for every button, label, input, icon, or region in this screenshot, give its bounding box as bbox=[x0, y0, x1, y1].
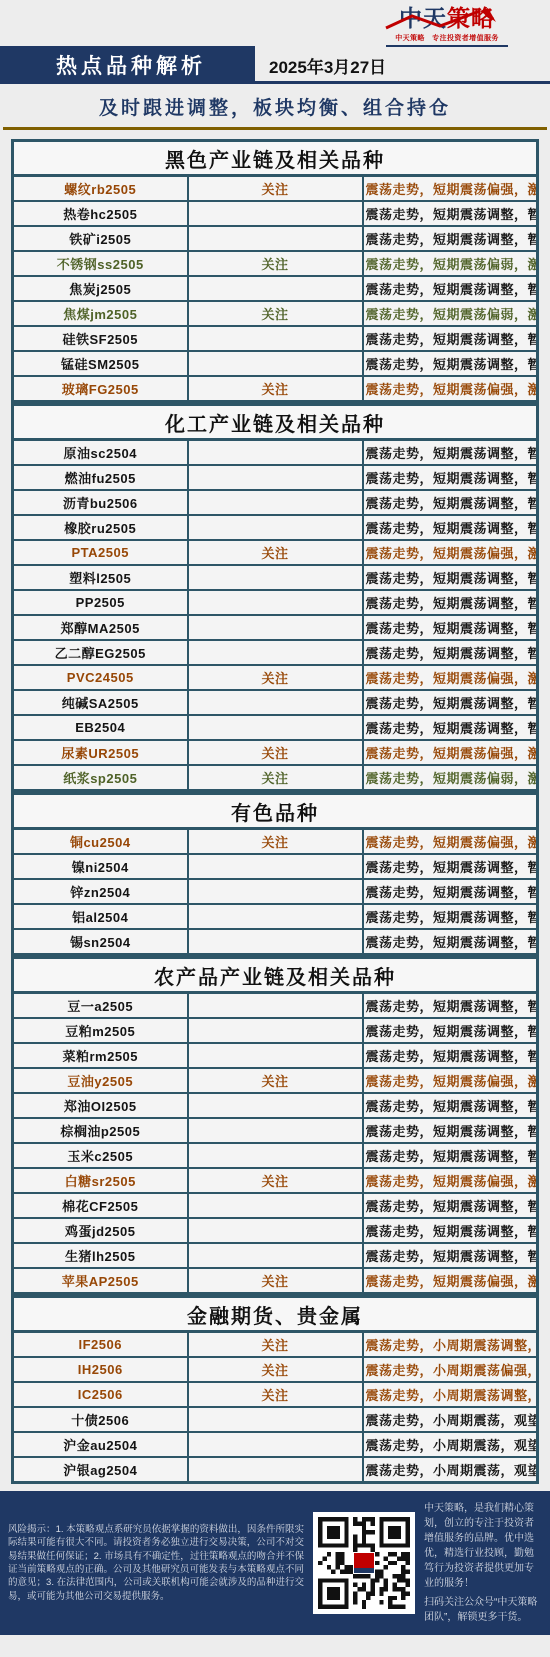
watch-cell: 关注 bbox=[188, 540, 363, 565]
variety-cell: 苹果AP2505 bbox=[13, 1268, 188, 1294]
section-table: 农产品产业链及相关品种 豆一a2505震荡走势，短期震荡调整，暂观望。豆粕m25… bbox=[11, 956, 539, 1295]
variety-cell: 铜cu2504 bbox=[13, 829, 188, 855]
watch-cell bbox=[188, 1432, 363, 1457]
variety-cell: 燃油fu2505 bbox=[13, 465, 188, 490]
page-title: 热点品种解析 bbox=[0, 46, 255, 84]
watch-cell bbox=[188, 565, 363, 590]
watch-cell bbox=[188, 465, 363, 490]
variety-cell: 十债2506 bbox=[13, 1407, 188, 1432]
watch-cell bbox=[188, 1143, 363, 1168]
comment-cell: 震荡走势，短期震荡调整，暂观望。 bbox=[363, 276, 538, 301]
watch-cell bbox=[188, 879, 363, 904]
comment-cell: 震荡走势，小周期震荡，观望为主。 bbox=[363, 1457, 538, 1483]
comment-cell: 震荡走势，短期震荡偏强，激进可关注短多机会。 bbox=[363, 665, 538, 690]
table-row: 沥青bu2506震荡走势，短期震荡调整，暂观望。 bbox=[13, 490, 538, 515]
variety-cell: 生猪lh2505 bbox=[13, 1243, 188, 1268]
section-header-row: 黑色产业链及相关品种 bbox=[13, 141, 538, 176]
variety-cell: 沪银ag2504 bbox=[13, 1457, 188, 1483]
variety-cell: 螺纹rb2505 bbox=[13, 176, 188, 202]
section-table: 化工产业链及相关品种 原油sc2504震荡走势，短期震荡调整，暂观望。燃油fu2… bbox=[11, 403, 539, 792]
watch-cell bbox=[188, 715, 363, 740]
page-top: 中天策略 中天策略 专注投资者增值服务 bbox=[0, 0, 550, 46]
watch-cell bbox=[188, 615, 363, 640]
section-title: 金融期货、贵金属 bbox=[13, 1297, 538, 1332]
watch-cell bbox=[188, 1118, 363, 1143]
section-header-row: 化工产业链及相关品种 bbox=[13, 405, 538, 440]
brand-tagline: 中天策略 专注投资者增值服务 bbox=[386, 33, 508, 47]
brand-logo: 中天策略 中天策略 专注投资者增值服务 bbox=[386, 6, 508, 47]
variety-cell: 铁矿i2505 bbox=[13, 226, 188, 251]
watch-cell: 关注 bbox=[188, 376, 363, 402]
table-row: 原油sc2504震荡走势，短期震荡调整，暂观望。 bbox=[13, 440, 538, 466]
section-header-row: 金融期货、贵金属 bbox=[13, 1297, 538, 1332]
comment-cell: 震荡走势，短期震荡调整，暂观望。 bbox=[363, 1218, 538, 1243]
variety-cell: 豆粕m2505 bbox=[13, 1018, 188, 1043]
table-row: 尿素UR2505关注震荡走势，短期震荡偏强，激进可关注短多机会。 bbox=[13, 740, 538, 765]
logo-text-blue: 中天 bbox=[399, 5, 447, 31]
table-row: 鸡蛋jd2505震荡走势，短期震荡调整，暂观望。 bbox=[13, 1218, 538, 1243]
table-row: EB2504震荡走势，短期震荡调整，暂观望。 bbox=[13, 715, 538, 740]
table-row: 铜cu2504关注震荡走势，短期震荡偏强，激进可关注短多机会。 bbox=[13, 829, 538, 855]
variety-cell: 菜粕rm2505 bbox=[13, 1043, 188, 1068]
watch-cell: 关注 bbox=[188, 1357, 363, 1382]
variety-cell: 鸡蛋jd2505 bbox=[13, 1218, 188, 1243]
sections-container: 黑色产业链及相关品种 螺纹rb2505关注震荡走势，短期震荡偏强，激进可关注短多… bbox=[11, 139, 539, 1484]
variety-cell: IF2506 bbox=[13, 1332, 188, 1358]
comment-cell: 震荡走势，小周期震荡调整，关注价差变动。 bbox=[363, 1382, 538, 1407]
comment-cell: 震荡走势，短期震荡偏弱，激进可关注短空机会。 bbox=[363, 765, 538, 791]
watch-cell: 关注 bbox=[188, 1332, 363, 1358]
report-date: 2025年3月27日 bbox=[255, 46, 550, 84]
watch-cell bbox=[188, 1093, 363, 1118]
variety-cell: 硅铁SF2505 bbox=[13, 326, 188, 351]
variety-cell: 原油sc2504 bbox=[13, 440, 188, 466]
section-title: 农产品产业链及相关品种 bbox=[13, 958, 538, 993]
watch-cell bbox=[188, 515, 363, 540]
watch-cell bbox=[188, 1407, 363, 1432]
section-header-row: 农产品产业链及相关品种 bbox=[13, 958, 538, 993]
comment-cell: 震荡走势，小周期震荡，观望为主。 bbox=[363, 1432, 538, 1457]
variety-cell: 尿素UR2505 bbox=[13, 740, 188, 765]
watch-cell bbox=[188, 1243, 363, 1268]
watch-cell bbox=[188, 201, 363, 226]
watch-cell bbox=[188, 440, 363, 466]
watch-cell: 关注 bbox=[188, 301, 363, 326]
comment-cell: 震荡走势，短期震荡调整，暂观望。 bbox=[363, 879, 538, 904]
table-row: 锌zn2504震荡走势，短期震荡调整，暂观望。 bbox=[13, 879, 538, 904]
watch-cell bbox=[188, 1218, 363, 1243]
table-row: 螺纹rb2505关注震荡走势，短期震荡偏强，激进可关注短多机会。 bbox=[13, 176, 538, 202]
comment-cell: 震荡走势，短期震荡调整，暂观望。 bbox=[363, 565, 538, 590]
table-row: 纯碱SA2505震荡走势，短期震荡调整，暂观望。 bbox=[13, 690, 538, 715]
table-row: PP2505震荡走势，短期震荡调整，暂观望。 bbox=[13, 590, 538, 615]
watch-cell bbox=[188, 590, 363, 615]
qr-code bbox=[313, 1512, 415, 1614]
comment-cell: 震荡走势，短期震荡偏弱，激进可关注短空机会。 bbox=[363, 301, 538, 326]
table-row: 铁矿i2505震荡走势，短期震荡调整，暂观望。 bbox=[13, 226, 538, 251]
variety-cell: EB2504 bbox=[13, 715, 188, 740]
section-table: 有色品种 铜cu2504关注震荡走势，短期震荡偏强，激进可关注短多机会。镍ni2… bbox=[11, 792, 539, 956]
watch-cell bbox=[188, 1018, 363, 1043]
comment-cell: 震荡走势，短期震荡调整，暂观望。 bbox=[363, 1118, 538, 1143]
table-row: 十债2506震荡走势，小周期震荡，观望为主。 bbox=[13, 1407, 538, 1432]
watch-cell bbox=[188, 1193, 363, 1218]
variety-cell: 白糖sr2505 bbox=[13, 1168, 188, 1193]
comment-cell: 震荡走势，短期震荡调整，暂观望。 bbox=[363, 993, 538, 1019]
comment-cell: 震荡走势，短期震荡偏强，激进可关注短多机会。 bbox=[363, 1168, 538, 1193]
table-row: 棕榈油p2505震荡走势，短期震荡调整，暂观望。 bbox=[13, 1118, 538, 1143]
watch-cell bbox=[188, 226, 363, 251]
comment-cell: 震荡走势，短期震荡偏强，激进可关注短多机会。 bbox=[363, 1268, 538, 1294]
table-row: 焦炭j2505震荡走势，短期震荡调整，暂观望。 bbox=[13, 276, 538, 301]
comment-cell: 震荡走势，短期震荡调整，暂观望。 bbox=[363, 440, 538, 466]
comment-cell: 震荡走势，短期震荡调整，暂观望。 bbox=[363, 226, 538, 251]
variety-cell: 沥青bu2506 bbox=[13, 490, 188, 515]
follow-cta-text: 扫码关注公众号“中天策略团队”，解锁更多干货。 bbox=[424, 1595, 542, 1625]
table-row: 锡sn2504震荡走势，短期震荡调整，暂观望。 bbox=[13, 929, 538, 955]
comment-cell: 震荡走势，短期震荡调整，暂观望。 bbox=[363, 615, 538, 640]
watch-cell bbox=[188, 351, 363, 376]
table-row: 郑油OI2505震荡走势，短期震荡调整，暂观望。 bbox=[13, 1093, 538, 1118]
comment-cell: 震荡走势，短期震荡调整，暂观望。 bbox=[363, 1193, 538, 1218]
watch-cell: 关注 bbox=[188, 765, 363, 791]
table-row: 燃油fu2505震荡走势，短期震荡调整，暂观望。 bbox=[13, 465, 538, 490]
variety-cell: PP2505 bbox=[13, 590, 188, 615]
table-row: 郑醇MA2505震荡走势，短期震荡调整，暂观望。 bbox=[13, 615, 538, 640]
table-row: 铝al2504震荡走势，短期震荡调整，暂观望。 bbox=[13, 904, 538, 929]
watch-cell bbox=[188, 690, 363, 715]
variety-cell: 铝al2504 bbox=[13, 904, 188, 929]
watch-cell bbox=[188, 854, 363, 879]
variety-cell: 锌zn2504 bbox=[13, 879, 188, 904]
table-row: 玉米c2505震荡走势，短期震荡调整，暂观望。 bbox=[13, 1143, 538, 1168]
comment-cell: 震荡走势，短期震荡调整，暂观望。 bbox=[363, 715, 538, 740]
comment-cell: 震荡走势，短期震荡调整，暂观望。 bbox=[363, 515, 538, 540]
variety-cell: 棉花CF2505 bbox=[13, 1193, 188, 1218]
variety-cell: 镍ni2504 bbox=[13, 854, 188, 879]
section-table: 金融期货、贵金属 IF2506关注震荡走势，小周期震荡调整，关注价差变动。IH2… bbox=[11, 1295, 539, 1484]
variety-cell: 热卷hc2505 bbox=[13, 201, 188, 226]
comment-cell: 震荡走势，短期震荡调整，暂观望。 bbox=[363, 904, 538, 929]
table-row: 豆一a2505震荡走势，短期震荡调整，暂观望。 bbox=[13, 993, 538, 1019]
comment-cell: 震荡走势，短期震荡调整，暂观望。 bbox=[363, 490, 538, 515]
variety-cell: PVC24505 bbox=[13, 665, 188, 690]
table-row: 白糖sr2505关注震荡走势，短期震荡偏强，激进可关注短多机会。 bbox=[13, 1168, 538, 1193]
comment-cell: 震荡走势，小周期震荡偏强，关注价差变动。 bbox=[363, 1357, 538, 1382]
comment-cell: 震荡走势，短期震荡调整，暂观望。 bbox=[363, 590, 538, 615]
table-row: 苹果AP2505关注震荡走势，短期震荡偏强，激进可关注短多机会。 bbox=[13, 1268, 538, 1294]
section-table: 黑色产业链及相关品种 螺纹rb2505关注震荡走势，短期震荡偏强，激进可关注短多… bbox=[11, 139, 539, 403]
watch-cell: 关注 bbox=[188, 176, 363, 202]
table-row: 乙二醇EG2505震荡走势，短期震荡调整，暂观望。 bbox=[13, 640, 538, 665]
variety-cell: IC2506 bbox=[13, 1382, 188, 1407]
table-row: IC2506关注震荡走势，小周期震荡调整，关注价差变动。 bbox=[13, 1382, 538, 1407]
watch-cell bbox=[188, 993, 363, 1019]
comment-cell: 震荡走势，短期震荡偏弱，激进可关注短空机会。 bbox=[363, 251, 538, 276]
comment-cell: 震荡走势，小周期震荡，观望为主。 bbox=[363, 1407, 538, 1432]
comment-cell: 震荡走势，短期震荡偏强，激进可关注短多机会。 bbox=[363, 176, 538, 202]
table-row: 纸浆sp2505关注震荡走势，短期震荡偏弱，激进可关注短空机会。 bbox=[13, 765, 538, 791]
title-bar: 热点品种解析 2025年3月27日 bbox=[0, 46, 550, 84]
comment-cell: 震荡走势，短期震荡偏强，激进可关注短多机会。 bbox=[363, 829, 538, 855]
watch-cell bbox=[188, 904, 363, 929]
watch-cell: 关注 bbox=[188, 1382, 363, 1407]
watch-cell: 关注 bbox=[188, 1068, 363, 1093]
comment-cell: 震荡走势，短期震荡调整，暂观望。 bbox=[363, 854, 538, 879]
table-row: PTA2505关注震荡走势，短期震荡偏强，激进可关注短多机会。 bbox=[13, 540, 538, 565]
table-row: 塑料l2505震荡走势，短期震荡调整，暂观望。 bbox=[13, 565, 538, 590]
variety-cell: 豆一a2505 bbox=[13, 993, 188, 1019]
comment-cell: 震荡走势，短期震荡偏强，激进可关注短多机会。 bbox=[363, 1068, 538, 1093]
comment-cell: 震荡走势，短期震荡调整，暂观望。 bbox=[363, 465, 538, 490]
variety-cell: 焦炭j2505 bbox=[13, 276, 188, 301]
comment-cell: 震荡走势，短期震荡调整，暂观望。 bbox=[363, 690, 538, 715]
risk-disclaimer: 风险揭示：1. 本策略观点系研究员依据掌握的资料做出，因条件所限实际结果可能有很… bbox=[8, 1523, 304, 1604]
table-row: 橡胶ru2505震荡走势，短期震荡调整，暂观望。 bbox=[13, 515, 538, 540]
section-title: 有色品种 bbox=[13, 794, 538, 829]
comment-cell: 震荡走势，短期震荡偏强，激进可关注短多机会。 bbox=[363, 740, 538, 765]
comment-cell: 震荡走势，短期震荡调整，暂观望。 bbox=[363, 351, 538, 376]
table-row: 沪银ag2504震荡走势，小周期震荡，观望为主。 bbox=[13, 1457, 538, 1483]
brand-blurb: 中天策略，是我们精心策划，创立的专注于投资者增值服务的品牌。优中选优，精选行业投… bbox=[424, 1501, 542, 1625]
watch-cell: 关注 bbox=[188, 1268, 363, 1294]
table-row: 镍ni2504震荡走势，短期震荡调整，暂观望。 bbox=[13, 854, 538, 879]
watch-cell bbox=[188, 1043, 363, 1068]
table-row: IF2506关注震荡走势，小周期震荡调整，关注价差变动。 bbox=[13, 1332, 538, 1358]
table-row: 豆粕m2505震荡走势，短期震荡调整，暂观望。 bbox=[13, 1018, 538, 1043]
watch-cell: 关注 bbox=[188, 1168, 363, 1193]
variety-cell: 乙二醇EG2505 bbox=[13, 640, 188, 665]
comment-cell: 震荡走势，短期震荡调整，暂观望。 bbox=[363, 1018, 538, 1043]
report-subtitle: 及时跟进调整，板块均衡、组合持仓 bbox=[0, 84, 550, 127]
table-row: 焦煤jm2505关注震荡走势，短期震荡偏弱，激进可关注短空机会。 bbox=[13, 301, 538, 326]
gold-divider bbox=[3, 127, 547, 130]
brand-about-text: 中天策略，是我们精心策划，创立的专注于投资者增值服务的品牌。优中选优，精选行业投… bbox=[424, 1501, 542, 1591]
comment-cell: 震荡走势，短期震荡调整，暂观望。 bbox=[363, 640, 538, 665]
variety-cell: IH2506 bbox=[13, 1357, 188, 1382]
section-title: 黑色产业链及相关品种 bbox=[13, 141, 538, 176]
variety-cell: 不锈钢ss2505 bbox=[13, 251, 188, 276]
variety-cell: 塑料l2505 bbox=[13, 565, 188, 590]
watch-cell: 关注 bbox=[188, 740, 363, 765]
table-row: IH2506关注震荡走势，小周期震荡偏强，关注价差变动。 bbox=[13, 1357, 538, 1382]
table-row: 硅铁SF2505震荡走势，短期震荡调整，暂观望。 bbox=[13, 326, 538, 351]
table-row: 菜粕rm2505震荡走势，短期震荡调整，暂观望。 bbox=[13, 1043, 538, 1068]
table-row: 不锈钢ss2505关注震荡走势，短期震荡偏弱，激进可关注短空机会。 bbox=[13, 251, 538, 276]
table-row: 热卷hc2505震荡走势，短期震荡调整，暂观望。 bbox=[13, 201, 538, 226]
watch-cell bbox=[188, 490, 363, 515]
table-row: 豆油y2505关注震荡走势，短期震荡偏强，激进可关注短多机会。 bbox=[13, 1068, 538, 1093]
variety-cell: 棕榈油p2505 bbox=[13, 1118, 188, 1143]
variety-cell: 沪金au2504 bbox=[13, 1432, 188, 1457]
watch-cell bbox=[188, 276, 363, 301]
variety-cell: 纸浆sp2505 bbox=[13, 765, 188, 791]
table-row: 生猪lh2505震荡走势，短期震荡调整，暂观望。 bbox=[13, 1243, 538, 1268]
comment-cell: 震荡走势，短期震荡调整，暂观望。 bbox=[363, 1143, 538, 1168]
watch-cell bbox=[188, 640, 363, 665]
variety-cell: 玻璃FG2505 bbox=[13, 376, 188, 402]
table-row: PVC24505关注震荡走势，短期震荡偏强，激进可关注短多机会。 bbox=[13, 665, 538, 690]
comment-cell: 震荡走势，短期震荡调整，暂观望。 bbox=[363, 1043, 538, 1068]
variety-cell: 锰硅SM2505 bbox=[13, 351, 188, 376]
watch-cell bbox=[188, 326, 363, 351]
table-row: 沪金au2504震荡走势，小周期震荡，观望为主。 bbox=[13, 1432, 538, 1457]
comment-cell: 震荡走势，短期震荡调整，暂观望。 bbox=[363, 326, 538, 351]
variety-cell: 郑醇MA2505 bbox=[13, 615, 188, 640]
comment-cell: 震荡走势，短期震荡调整，暂观望。 bbox=[363, 201, 538, 226]
variety-cell: PTA2505 bbox=[13, 540, 188, 565]
variety-cell: 纯碱SA2505 bbox=[13, 690, 188, 715]
variety-cell: 豆油y2505 bbox=[13, 1068, 188, 1093]
section-title: 化工产业链及相关品种 bbox=[13, 405, 538, 440]
logo-text-red: 策略 bbox=[447, 5, 495, 31]
comment-cell: 震荡走势，短期震荡调整，暂观望。 bbox=[363, 1243, 538, 1268]
watch-cell: 关注 bbox=[188, 829, 363, 855]
watch-cell bbox=[188, 1457, 363, 1483]
variety-cell: 锡sn2504 bbox=[13, 929, 188, 955]
comment-cell: 震荡走势，短期震荡偏强，激进可关注短多机会。 bbox=[363, 540, 538, 565]
table-row: 锰硅SM2505震荡走势，短期震荡调整，暂观望。 bbox=[13, 351, 538, 376]
footer: 风险揭示：1. 本策略观点系研究员依据掌握的资料做出，因条件所限实际结果可能有很… bbox=[0, 1491, 550, 1635]
table-row: 棉花CF2505震荡走势，短期震荡调整，暂观望。 bbox=[13, 1193, 538, 1218]
comment-cell: 震荡走势，短期震荡偏强，激进可关注短多机会。 bbox=[363, 376, 538, 402]
table-row: 玻璃FG2505关注震荡走势，短期震荡偏强，激进可关注短多机会。 bbox=[13, 376, 538, 402]
comment-cell: 震荡走势，短期震荡调整，暂观望。 bbox=[363, 1093, 538, 1118]
section-header-row: 有色品种 bbox=[13, 794, 538, 829]
watch-cell: 关注 bbox=[188, 665, 363, 690]
variety-cell: 玉米c2505 bbox=[13, 1143, 188, 1168]
variety-cell: 郑油OI2505 bbox=[13, 1093, 188, 1118]
watch-cell: 关注 bbox=[188, 251, 363, 276]
comment-cell: 震荡走势，小周期震荡调整，关注价差变动。 bbox=[363, 1332, 538, 1358]
watch-cell bbox=[188, 929, 363, 955]
qr-code-image bbox=[318, 1517, 410, 1609]
brand-logo-text: 中天策略 bbox=[386, 6, 508, 30]
variety-cell: 焦煤jm2505 bbox=[13, 301, 188, 326]
variety-cell: 橡胶ru2505 bbox=[13, 515, 188, 540]
comment-cell: 震荡走势，短期震荡调整，暂观望。 bbox=[363, 929, 538, 955]
